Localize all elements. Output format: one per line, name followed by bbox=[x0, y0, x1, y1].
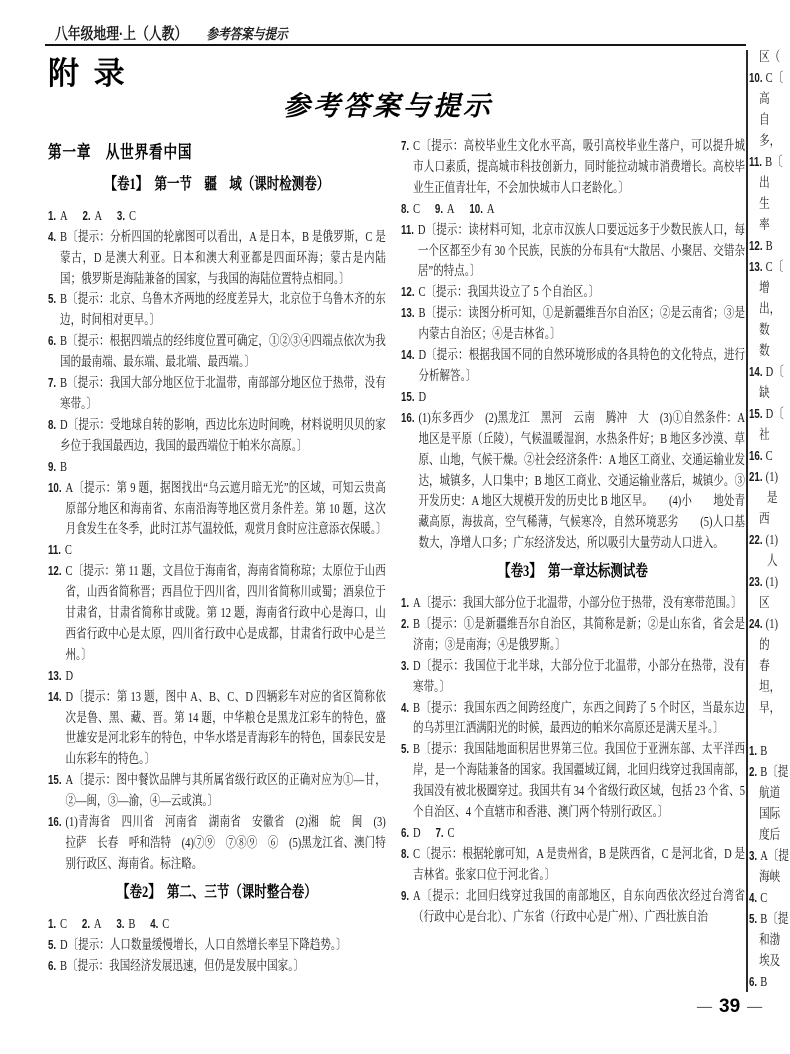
answer-letter: D bbox=[413, 823, 421, 844]
answer-item: 1.A〔提示：我国大部分位于北温带，小部分位于热带，没有寒带范围。〕 bbox=[401, 593, 745, 614]
answer-text: C〔提示：高校毕业生文化水平高，吸引高校毕业生落户，可以提升城市人口素质，提高城… bbox=[413, 136, 745, 199]
answer-item: 10.A〔提示：第 9 题，据图找出“乌云遮月暗无光”的区域，可知云贵高原部分地… bbox=[48, 478, 386, 541]
text-fragment: 海峡 bbox=[759, 869, 780, 884]
answer-number: 3. bbox=[401, 656, 413, 698]
answer-item: 3.D〔提示：我国位于北半球，大部分位于北温带，小部分在热带，没有寒带。〕 bbox=[401, 656, 745, 698]
answer: 3.B bbox=[116, 914, 135, 935]
text-fragment: D〔 bbox=[766, 406, 784, 421]
text-fragment: (1) bbox=[766, 574, 778, 589]
chapter-heading: 第一章 从世界看中国 bbox=[48, 142, 386, 163]
answer-text: D〔提示：第 13 题，图中 A、B、C、D 四辆彩车对应的省区简称依次是鲁、黑… bbox=[65, 687, 385, 771]
answer-item: 5.D〔提示：人口数量缓慢增长，人口自然增长率呈下降趋势。〕 bbox=[48, 935, 386, 956]
answer: 8.C bbox=[401, 199, 420, 220]
text-fragment: B〔 bbox=[765, 154, 783, 169]
header-section-title: 参考答案与提示 bbox=[206, 26, 287, 43]
answer-number: 2. bbox=[401, 614, 413, 656]
answer-number: 11. bbox=[401, 220, 418, 283]
text-fragment: C〔 bbox=[766, 70, 784, 85]
answer-number: 7. bbox=[48, 373, 60, 415]
text-fragment: 和渤 bbox=[759, 932, 780, 947]
middle-column: 7.C〔提示：高校毕业生文化水平高，吸引高校毕业生落户，可以提升城市人口素质，提… bbox=[401, 136, 790, 928]
right-edge-line: 21.(1) bbox=[749, 466, 790, 487]
page-title: 参考答案与提示 bbox=[30, 84, 746, 123]
right-column-clipped: 区（10.C〔高自多，11.B〔出生率12.B13.C〔增出，数数14.D〔缺1… bbox=[749, 46, 790, 996]
answer-letter: A bbox=[487, 199, 495, 220]
answer-number: 6. bbox=[401, 823, 413, 844]
answer-text: B〔提示：分析四国的轮廓图可以看出，A 是日本，B 是俄罗斯，C 是蒙古，D 是… bbox=[60, 227, 386, 290]
answer-item: 16.(1)青海省 四川省 河南省 湖南省 安徽省 (2)湘 皖 闽 (3)拉萨… bbox=[48, 812, 386, 875]
answer-number: 15. bbox=[48, 770, 65, 812]
answer-number: 15. bbox=[749, 407, 766, 421]
right-edge-line: 增 bbox=[749, 277, 790, 298]
answer-number: 3. bbox=[117, 206, 129, 227]
text-fragment: 国际 bbox=[759, 806, 780, 821]
answer-number: 13. bbox=[401, 303, 418, 345]
answer-number: 1. bbox=[48, 914, 60, 935]
answer-number: 2. bbox=[82, 206, 94, 227]
right-edge-line: 1.B bbox=[749, 740, 790, 761]
text-fragment: 缺 bbox=[759, 385, 770, 400]
right-edge-line: 23.(1) bbox=[749, 571, 790, 592]
right-edge-line: 24.(1) bbox=[749, 613, 790, 634]
answer-row: 1.C2.A3.B4.C bbox=[48, 914, 386, 935]
answer-number: 6. bbox=[749, 975, 760, 989]
right-edge-line: 22.(1) bbox=[749, 529, 790, 550]
answer-number: 5. bbox=[401, 739, 413, 823]
answer-item: 14.D〔提示：第 13 题，图中 A、B、C、D 四辆彩车对应的省区简称依次是… bbox=[48, 687, 386, 771]
answer-number: 9. bbox=[48, 457, 60, 478]
text-fragment: 的 bbox=[759, 637, 770, 652]
right-edge-line: 14.D〔 bbox=[749, 361, 790, 382]
right-edge-line: 数 bbox=[749, 319, 790, 340]
right-edge-line: 坦， bbox=[749, 676, 790, 697]
text-fragment: 高 bbox=[759, 91, 770, 106]
answer-text: B〔提示：我国经济发展迅速，但仍是发展中国家。〕 bbox=[60, 956, 386, 977]
text-fragment: 数 bbox=[759, 343, 770, 358]
answer-number: 16. bbox=[48, 812, 65, 875]
answer-item: 7.C〔提示：高校毕业生文化水平高，吸引高校毕业生落户，可以提升城市人口素质，提… bbox=[401, 136, 745, 199]
answer: 2.A bbox=[82, 206, 102, 227]
text-fragment: 西 bbox=[759, 511, 770, 526]
answer: 3.C bbox=[117, 206, 136, 227]
answer-text: D〔提示：人口数量缓慢增长，人口自然增长率呈下降趋势。〕 bbox=[60, 935, 386, 956]
page-footer: — 39 — bbox=[697, 996, 762, 1018]
answer-letter: C bbox=[60, 914, 67, 935]
page-header: 八年级地理·上（人教）参考答案与提示 bbox=[55, 21, 288, 44]
answer-number: 8. bbox=[401, 199, 413, 220]
answer-number: 10. bbox=[469, 199, 486, 220]
right-edge-line: 5.B〔提 bbox=[749, 908, 790, 929]
answer-row: 8.C9.A10.A bbox=[401, 199, 745, 220]
text-fragment: D〔 bbox=[766, 364, 784, 379]
text-fragment: B bbox=[760, 974, 767, 989]
text-fragment: 度后 bbox=[759, 827, 780, 842]
answer-letter: C bbox=[162, 914, 169, 935]
text-fragment: 社 bbox=[759, 427, 770, 442]
answer-item: 2.B〔提示：①是新疆维吾尔自治区，其简称是新；②是山东省，省会是济南；③是南海… bbox=[401, 614, 745, 656]
right-edge-line: 缺 bbox=[749, 382, 790, 403]
right-edge-line: 国际 bbox=[749, 803, 790, 824]
answer-key-page: 八年级地理·上（人教）参考答案与提示 附 录 参考答案与提示 第一章 从世界看中… bbox=[0, 0, 790, 1054]
answer-item: 8.D〔提示：受地球自转的影响，西边比东边时间晚，材料说明贝贝的家乡位于我国最西… bbox=[48, 415, 386, 457]
right-edge-line: 埃及 bbox=[749, 950, 790, 971]
answer-number: 7. bbox=[401, 136, 413, 199]
answer-letter: A bbox=[60, 206, 68, 227]
answer-letter: C bbox=[129, 206, 136, 227]
text-fragment: 航道 bbox=[759, 785, 780, 800]
right-edge-line: 11.B〔 bbox=[749, 151, 790, 172]
right-edge-line: 13.C〔 bbox=[749, 256, 790, 277]
answer-number: 15. bbox=[401, 387, 418, 408]
answer-text: D〔提示：受地球自转的影响，西边比东边时间晚，材料说明贝贝的家乡位于我国最西边，… bbox=[60, 415, 386, 457]
text-fragment: 早， bbox=[759, 700, 780, 715]
answer-text: D〔提示：我国位于北半球，大部分位于北温带，小部分在热带，没有寒带。〕 bbox=[413, 656, 745, 698]
answer-letter: B bbox=[128, 914, 135, 935]
right-edge-line: 的 bbox=[749, 634, 790, 655]
answer-item: 6.B〔提示：我国经济发展迅速，但仍是发展中国家。〕 bbox=[48, 956, 386, 977]
answer-number: 14. bbox=[48, 687, 65, 771]
answer-number: 9. bbox=[401, 886, 413, 928]
section-heading: 【卷3】 第一章达标测试卷 bbox=[401, 562, 745, 583]
answer-number: 4. bbox=[48, 227, 60, 290]
text-fragment: (1) bbox=[766, 616, 778, 631]
answer-number: 12. bbox=[749, 239, 766, 253]
answer-number: 23. bbox=[749, 575, 766, 589]
answer: 1.A bbox=[48, 206, 68, 227]
right-edge-line: 人 bbox=[749, 550, 790, 571]
answer-row: 15.D bbox=[401, 387, 745, 408]
right-edge-line: 春 bbox=[749, 655, 790, 676]
right-column-content: 区（10.C〔高自多，11.B〔出生率12.B13.C〔增出，数数14.D〔缺1… bbox=[749, 46, 790, 992]
text-fragment: 出 bbox=[759, 175, 770, 190]
answer: 4.C bbox=[150, 914, 169, 935]
answer-number: 21. bbox=[749, 470, 766, 484]
text-fragment: 埃及 bbox=[759, 953, 780, 968]
answer-item: 11.D〔提示：读材料可知，北京市汉族人口要远远多于少数民族人口，每一个区都至少… bbox=[401, 220, 745, 283]
answer-item: 5.B〔提示：北京、乌鲁木齐两地的经度差异大，北京位于乌鲁木齐的东边，时间相对更… bbox=[48, 289, 386, 331]
text-fragment: B bbox=[760, 743, 767, 758]
answer-item: 5.B〔提示：我国陆地面积居世界第三位。我国位于亚洲东部、太平洋西岸，是一个海陆… bbox=[401, 739, 745, 823]
answer-letter: A bbox=[94, 914, 102, 935]
answer-item: 6.B〔提示：根据四端点的经纬度位置可确定，①②③④四端点依次为我国的最南端、最… bbox=[48, 331, 386, 373]
answer-number: 2. bbox=[749, 765, 760, 779]
answer-letter: D bbox=[418, 387, 426, 408]
text-fragment: A〔提 bbox=[760, 848, 789, 863]
right-edge-line: 区 bbox=[749, 592, 790, 613]
answer-text: B〔提示：根据四端点的经纬度位置可确定，①②③④四端点依次为我国的最南端、最东端… bbox=[60, 331, 386, 373]
text-fragment: C bbox=[760, 890, 767, 905]
left-column-content: 第一章 从世界看中国 【卷1】 第一节 疆 域（课时检测卷）1.A2.A3.C4… bbox=[48, 142, 386, 976]
answer-row: 6.D7.C bbox=[401, 823, 745, 844]
answer-item: 8.C〔提示：根据轮廓可知，A 是贵州省，B 是陕西省，C 是河北省，D 是吉林… bbox=[401, 844, 745, 886]
answer-number: 11. bbox=[48, 540, 65, 561]
right-edge-line: 是 bbox=[749, 487, 790, 508]
answer-text: D〔提示：读材料可知，北京市汉族人口要远远多于少数民族人口，每一个区都至少有 3… bbox=[418, 220, 745, 283]
text-fragment: 春 bbox=[759, 658, 770, 673]
right-edge-line: 海峡 bbox=[749, 866, 790, 887]
right-edge-line: 数 bbox=[749, 340, 790, 361]
answer-number: 3. bbox=[749, 849, 760, 863]
answer-text: (1)青海省 四川省 河南省 湖南省 安徽省 (2)湘 皖 闽 (3)拉萨 长春… bbox=[65, 812, 385, 875]
answer-number: 12. bbox=[401, 282, 418, 303]
text-fragment: 区 bbox=[759, 595, 770, 610]
column-divider bbox=[746, 50, 748, 992]
answer-letter: C bbox=[65, 540, 72, 561]
right-edge-line: 度后 bbox=[749, 824, 790, 845]
answer-letter: A bbox=[447, 199, 455, 220]
text-fragment: B〔提 bbox=[760, 911, 788, 926]
text-fragment: 率 bbox=[759, 217, 770, 232]
text-fragment: 人 bbox=[767, 553, 778, 568]
right-edge-line: 3.A〔提 bbox=[749, 845, 790, 866]
answer-text: B〔提示：我国大部分地区位于北温带，南部部分地区位于热带，没有寒带。〕 bbox=[60, 373, 386, 415]
answer-number: 13. bbox=[749, 260, 766, 274]
answer-text: B〔提示：①是新疆维吾尔自治区，其简称是新；②是山东省，省会是济南；③是南海；④… bbox=[413, 614, 745, 656]
answer-number: 14. bbox=[749, 365, 766, 379]
text-fragment: (1) bbox=[766, 532, 778, 547]
page-number: 39 bbox=[719, 996, 740, 1018]
answer-row: 13.D bbox=[48, 666, 386, 687]
right-column-gap bbox=[749, 718, 790, 740]
right-edge-line: 2.B〔提 bbox=[749, 761, 790, 782]
answer-letter: B bbox=[60, 457, 67, 478]
answer-number: 10. bbox=[749, 71, 766, 85]
answer: 9.B bbox=[48, 457, 67, 478]
answer-number: 16. bbox=[749, 449, 766, 463]
answer-text: A〔提示：我国大部分位于北温带，小部分位于热带，没有寒带范围。〕 bbox=[413, 593, 745, 614]
answer-number: 4. bbox=[150, 914, 162, 935]
answer-number: 8. bbox=[48, 415, 60, 457]
answer-text: C〔提示：根据轮廓可知，A 是贵州省，B 是陕西省，C 是河北省，D 是吉林省。… bbox=[413, 844, 745, 886]
answer-letter: D bbox=[65, 666, 73, 687]
answer-number: 5. bbox=[48, 289, 60, 331]
right-edge-line: 和渤 bbox=[749, 929, 790, 950]
answer-letter: C bbox=[448, 823, 455, 844]
right-edge-line: 区（ bbox=[749, 46, 790, 67]
answer-number: 13. bbox=[48, 666, 65, 687]
answer-text: A〔提示：图中餐饮品牌与其所属省级行政区的正确对应为①—甘，②—闽，③—渝，④—… bbox=[65, 770, 385, 812]
answer-number: 14. bbox=[401, 345, 418, 387]
answer-text: (1)东多西少 (2)黑龙江 黑河 云南 腾冲 大 (3)①自然条件：A 地区是… bbox=[418, 408, 745, 554]
right-edge-line: 西 bbox=[749, 508, 790, 529]
section-heading: 【卷1】 第一节 疆 域（课时检测卷） bbox=[48, 175, 386, 196]
answer: 1.C bbox=[48, 914, 67, 935]
text-fragment: 增 bbox=[759, 280, 770, 295]
text-fragment: 是 bbox=[767, 490, 778, 505]
answer-number: 16. bbox=[401, 408, 418, 554]
right-edge-line: 社 bbox=[749, 424, 790, 445]
answer-item: 9.A〔提示：北回归线穿过我国的南部地区，自东向西依次经过台湾省（行政中心是台北… bbox=[401, 886, 745, 928]
text-fragment: 多， bbox=[759, 133, 780, 148]
answer-item: 12.C〔提示：第 11 题，文昌位于海南省，海南省简称琼；太原位于山西省，山西… bbox=[48, 561, 386, 666]
answer: 7.C bbox=[435, 823, 454, 844]
right-edge-line: 15.D〔 bbox=[749, 403, 790, 424]
answer-letter: A bbox=[95, 206, 103, 227]
right-edge-line: 4.C bbox=[749, 887, 790, 908]
right-edge-line: 12.B bbox=[749, 235, 790, 256]
answer-number: 5. bbox=[749, 912, 760, 926]
section-heading: 【卷2】 第二、三节（课时整合卷） bbox=[48, 883, 386, 904]
answer-number: 2. bbox=[82, 914, 94, 935]
answer: 11.C bbox=[48, 540, 72, 561]
answer-number: 6. bbox=[48, 956, 60, 977]
answer-text: B〔提示：我国东西之间跨经度广，东西之间跨了 5 个时区，当最东边的乌苏里江洒满… bbox=[413, 698, 745, 740]
text-fragment: (1) bbox=[766, 469, 778, 484]
answer-item: 12.C〔提示：我国共设立了 5 个自治区。〕 bbox=[401, 282, 745, 303]
right-edge-line: 高 bbox=[749, 88, 790, 109]
footer-dash-right: — bbox=[747, 999, 762, 1016]
answer-row: 11.C bbox=[48, 540, 386, 561]
answer: 9.A bbox=[435, 199, 455, 220]
answer-number: 1. bbox=[401, 593, 413, 614]
right-edge-line: 多， bbox=[749, 130, 790, 151]
answer-number: 5. bbox=[48, 935, 60, 956]
right-edge-line: 10.C〔 bbox=[749, 67, 790, 88]
answer-item: 7.B〔提示：我国大部分地区位于北温带，南部部分地区位于热带，没有寒带。〕 bbox=[48, 373, 386, 415]
answer-number: 4. bbox=[401, 698, 413, 740]
text-fragment: C bbox=[766, 448, 773, 463]
right-edge-line: 生 bbox=[749, 193, 790, 214]
right-edge-line: 航道 bbox=[749, 782, 790, 803]
footer-dash-left: — bbox=[697, 999, 712, 1016]
answer-text: A〔提示：第 9 题，据图找出“乌云遮月暗无光”的区域，可知云贵高原部分地区和海… bbox=[65, 478, 385, 541]
answer-number: 7. bbox=[435, 823, 447, 844]
answer: 13.D bbox=[48, 666, 73, 687]
answer-number: 8. bbox=[401, 844, 413, 886]
text-fragment: 区（ bbox=[759, 49, 780, 64]
answer-number: 9. bbox=[435, 199, 447, 220]
text-fragment: 自 bbox=[759, 112, 770, 127]
answer-number: 22. bbox=[749, 533, 766, 547]
answer-item: 4.B〔提示：分析四国的轮廓图可以看出，A 是日本，B 是俄罗斯，C 是蒙古，D… bbox=[48, 227, 386, 290]
right-edge-line: 6.B bbox=[749, 971, 790, 992]
text-fragment: 出， bbox=[759, 301, 780, 316]
right-edge-line: 率 bbox=[749, 214, 790, 235]
answer: 6.D bbox=[401, 823, 421, 844]
answer-number: 1. bbox=[48, 206, 60, 227]
answer-number: 3. bbox=[116, 914, 128, 935]
answer-row: 9.B bbox=[48, 457, 386, 478]
text-fragment: B〔提 bbox=[760, 764, 788, 779]
answer: 15.D bbox=[401, 387, 426, 408]
answer-text: D〔提示：根据我国不同的自然环境形成的各具特色的文化特点，进行分析解答。〕 bbox=[418, 345, 745, 387]
answer-number: 12. bbox=[48, 561, 65, 666]
answer: 2.A bbox=[82, 914, 102, 935]
answer-text: C〔提示：第 11 题，文昌位于海南省，海南省简称琼；太原位于山西省，山西省简称… bbox=[65, 561, 385, 666]
answer-number: 6. bbox=[48, 331, 60, 373]
right-edge-line: 16.C bbox=[749, 445, 790, 466]
right-edge-line: 出， bbox=[749, 298, 790, 319]
answer-text: B〔提示：北京、乌鲁木齐两地的经度差异大，北京位于乌鲁木齐的东边，时间相对更早。… bbox=[60, 289, 386, 331]
text-fragment: 生 bbox=[759, 196, 770, 211]
answer: 10.A bbox=[469, 199, 494, 220]
answer-item: 4.B〔提示：我国东西之间跨经度广，东西之间跨了 5 个时区，当最东边的乌苏里江… bbox=[401, 698, 745, 740]
header-book-title: 八年级地理·上（人教） bbox=[55, 26, 187, 43]
answer-text: C〔提示：我国共设立了 5 个自治区。〕 bbox=[418, 282, 745, 303]
right-edge-line: 早， bbox=[749, 697, 790, 718]
text-fragment: 数 bbox=[759, 322, 770, 337]
answer-letter: C bbox=[413, 199, 420, 220]
answer-row: 1.A2.A3.C bbox=[48, 206, 386, 227]
answer-item: 14.D〔提示：根据我国不同的自然环境形成的各具特色的文化特点，进行分析解答。〕 bbox=[401, 345, 745, 387]
header-rule bbox=[45, 44, 746, 46]
answer-item: 16.(1)东多西少 (2)黑龙江 黑河 云南 腾冲 大 (3)①自然条件：A … bbox=[401, 408, 745, 554]
answer-text: B〔提示：读图分析可知，①是新疆维吾尔自治区；②是云南省；③是内蒙古自治区；④是… bbox=[418, 303, 745, 345]
text-fragment: C〔 bbox=[766, 259, 784, 274]
answer-number: 1. bbox=[749, 744, 760, 758]
answer-text: A〔提示：北回归线穿过我国的南部地区，自东向西依次经过台湾省（行政中心是台北）、… bbox=[413, 886, 745, 928]
text-fragment: 坦， bbox=[759, 679, 780, 694]
right-edge-line: 出 bbox=[749, 172, 790, 193]
answer-item: 15.A〔提示：图中餐饮品牌与其所属省级行政区的正确对应为①—甘，②—闽，③—渝… bbox=[48, 770, 386, 812]
answer-number: 11. bbox=[749, 155, 765, 169]
right-edge-line: 自 bbox=[749, 109, 790, 130]
text-fragment: B bbox=[766, 238, 773, 253]
answer-number: 4. bbox=[749, 891, 760, 905]
answer-number: 10. bbox=[48, 478, 65, 541]
middle-column-content: 7.C〔提示：高校毕业生文化水平高，吸引高校毕业生落户，可以提升城市人口素质，提… bbox=[401, 136, 745, 928]
answer-number: 24. bbox=[749, 617, 766, 631]
answer-text: B〔提示：我国陆地面积居世界第三位。我国位于亚洲东部、太平洋西岸，是一个海陆兼备… bbox=[413, 739, 745, 823]
answer-item: 13.B〔提示：读图分析可知，①是新疆维吾尔自治区；②是云南省；③是内蒙古自治区… bbox=[401, 303, 745, 345]
